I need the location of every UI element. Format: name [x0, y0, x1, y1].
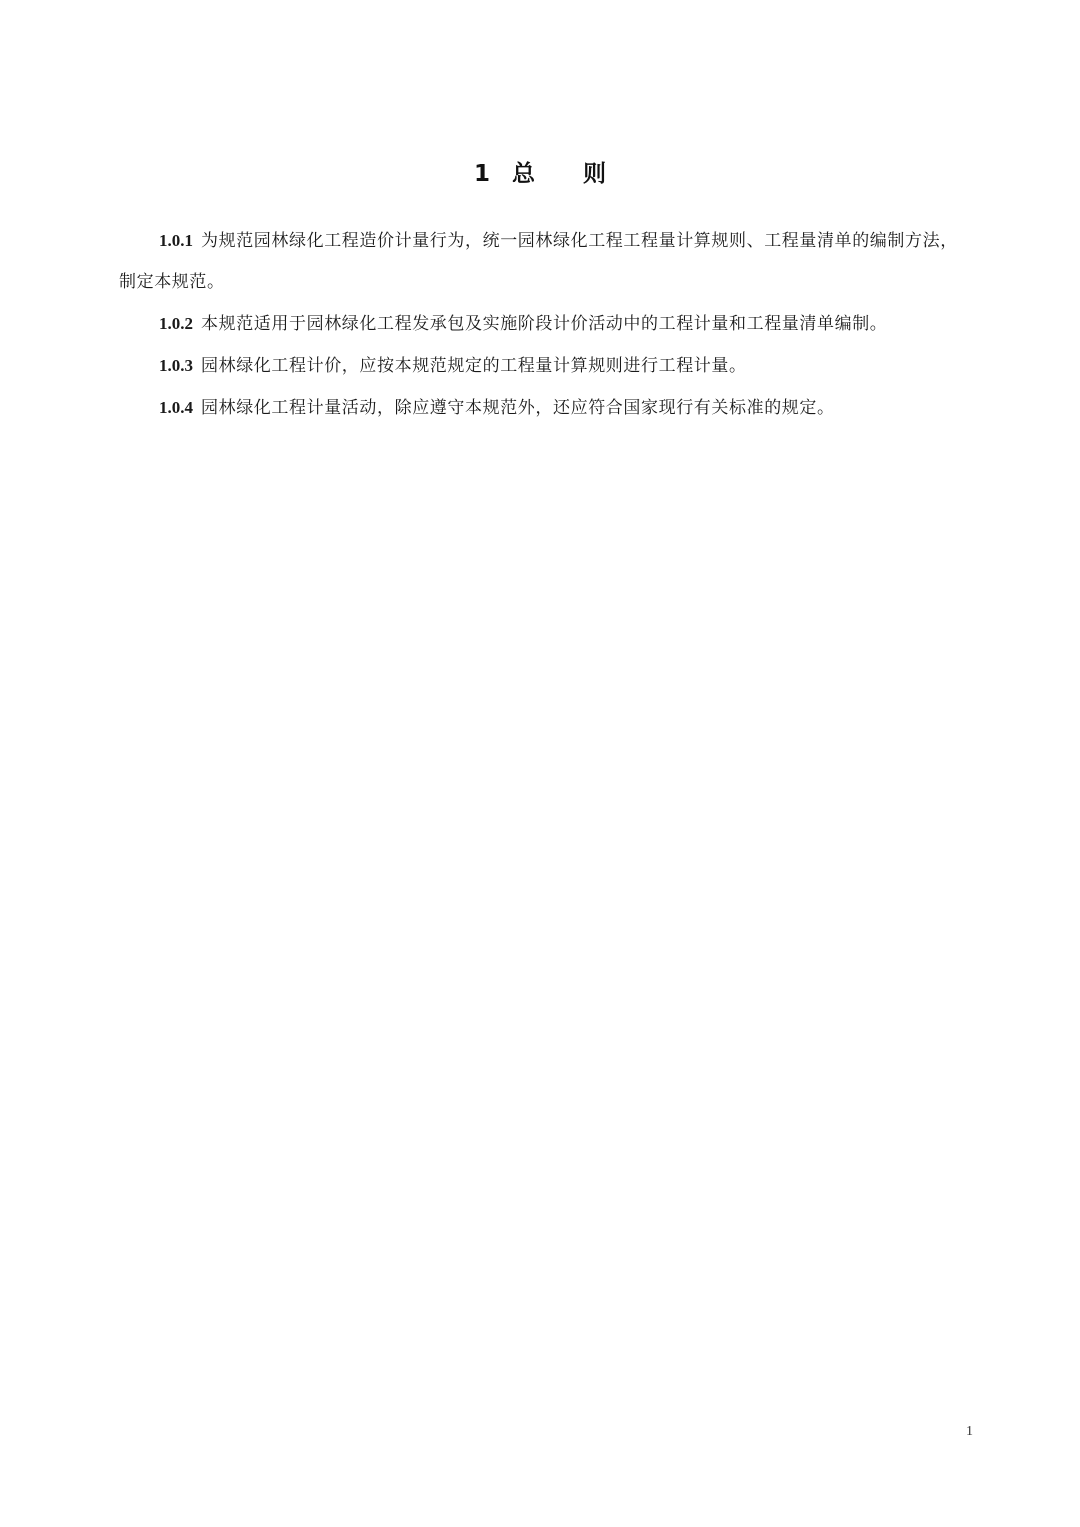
clause-text: 园林绿化工程计量活动，除应遵守本规范外，还应符合国家现行有关标准的规定。: [201, 398, 835, 418]
clause-number: 1.0.4: [159, 398, 193, 417]
clause-number: 1.0.3: [159, 356, 193, 375]
chapter-title: 1总则: [0, 156, 1080, 192]
clause-list: 1.0.1为规范园林绿化工程造价计量行为，统一园林绿化工程工程量计算规则、工程量…: [119, 220, 969, 429]
clause-1-0-3: 1.0.3园林绿化工程计价，应按本规范规定的工程量计算规则进行工程计量。: [119, 345, 969, 387]
clause-text: 本规范适用于园林绿化工程发承包及实施阶段计价活动中的工程计量和工程量清单编制。: [201, 314, 887, 334]
page-number: 1: [966, 1424, 973, 1440]
chapter-title-char-2: 则: [583, 161, 606, 187]
chapter-number: 1: [474, 161, 490, 187]
clause-text: 园林绿化工程计价，应按本规范规定的工程量计算规则进行工程计量。: [201, 356, 747, 376]
clause-number: 1.0.1: [159, 231, 193, 250]
clause-1-0-2: 1.0.2本规范适用于园林绿化工程发承包及实施阶段计价活动中的工程计量和工程量清…: [119, 303, 969, 345]
clause-text: 为规范园林绿化工程造价计量行为，统一园林绿化工程工程量计算规则、工程量清单的编制…: [119, 231, 958, 292]
clause-1-0-1: 1.0.1为规范园林绿化工程造价计量行为，统一园林绿化工程工程量计算规则、工程量…: [119, 220, 969, 303]
clause-1-0-4: 1.0.4园林绿化工程计量活动，除应遵守本规范外，还应符合国家现行有关标准的规定…: [119, 387, 969, 429]
chapter-title-char-1: 总: [512, 161, 535, 187]
clause-number: 1.0.2: [159, 314, 193, 333]
